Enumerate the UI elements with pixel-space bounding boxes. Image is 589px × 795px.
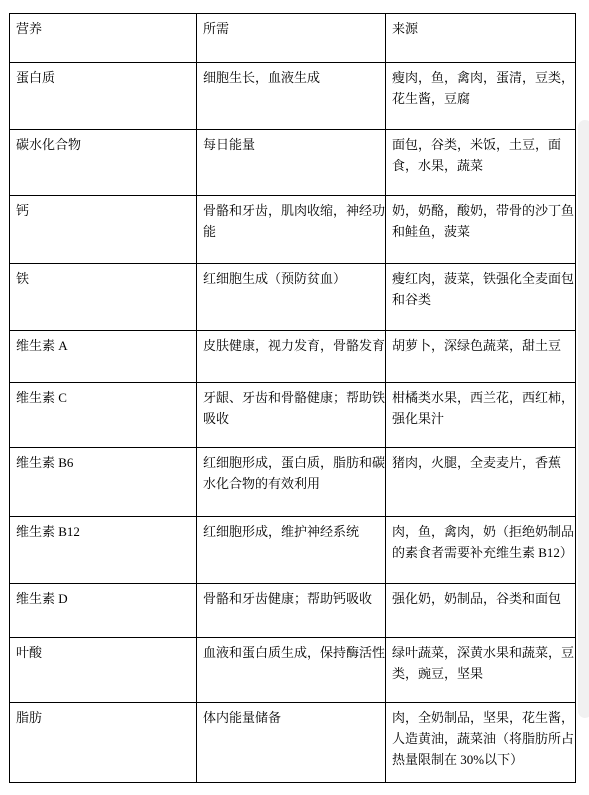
page: 营养 所需 来源 蛋白质 细胞生长，血液生成 瘦肉，鱼，禽肉，蛋清，豆类，花生酱… xyxy=(0,0,589,795)
cell-need: 牙龈、牙齿和骨骼健康；帮助铁吸收 xyxy=(197,383,386,448)
cell-nutrient: 维生素 B12 xyxy=(10,517,197,584)
cell-need: 红细胞形成，蛋白质，脂肪和碳水化合物的有效利用 xyxy=(197,448,386,517)
table-row: 碳水化合物 每日能量 面包，谷类，米饭，土豆，面食，水果，蔬菜 xyxy=(10,130,576,196)
cell-need: 细胞生长，血液生成 xyxy=(197,63,386,130)
scrollbar-thumb[interactable] xyxy=(578,120,589,718)
cell-source: 瘦肉，鱼，禽肉，蛋清，豆类，花生酱，豆腐 xyxy=(386,63,576,130)
cell-source: 绿叶蔬菜，深黄水果和蔬菜，豆类，豌豆，坚果 xyxy=(386,638,576,703)
table-row: 维生素 A 皮肤健康，视力发育，骨骼发育 胡萝卜，深绿色蔬菜，甜土豆 xyxy=(10,331,576,383)
cell-nutrient: 维生素 C xyxy=(10,383,197,448)
cell-need: 每日能量 xyxy=(197,130,386,196)
cell-nutrient: 维生素 A xyxy=(10,331,197,383)
table-row: 铁 红细胞生成（预防贫血） 瘦红肉，菠菜，铁强化全麦面包和谷类 xyxy=(10,264,576,331)
cell-need: 红细胞生成（预防贫血） xyxy=(197,264,386,331)
cell-source: 强化奶，奶制品，谷类和面包 xyxy=(386,584,576,638)
cell-source: 面包，谷类，米饭，土豆，面食，水果，蔬菜 xyxy=(386,130,576,196)
cell-source: 瘦红肉，菠菜，铁强化全麦面包和谷类 xyxy=(386,264,576,331)
cell-nutrient: 维生素 B6 xyxy=(10,448,197,517)
table-row: 脂肪 体内能量储备 肉，全奶制品，坚果，花生酱，人造黄油，蔬菜油（将脂肪所占热量… xyxy=(10,703,576,783)
header-nutrient: 营养 xyxy=(10,14,197,63)
cell-source: 猪肉，火腿，全麦麦片，香蕉 xyxy=(386,448,576,517)
cell-nutrient: 蛋白质 xyxy=(10,63,197,130)
table-row: 维生素 B12 红细胞形成，维护神经系统 肉，鱼，禽肉，奶（拒绝奶制品的素食者需… xyxy=(10,517,576,584)
nutrition-table: 营养 所需 来源 蛋白质 细胞生长，血液生成 瘦肉，鱼，禽肉，蛋清，豆类，花生酱… xyxy=(9,13,576,783)
cell-nutrient: 维生素 D xyxy=(10,584,197,638)
cell-source: 肉，全奶制品，坚果，花生酱，人造黄油，蔬菜油（将脂肪所占热量限制在 30%以下） xyxy=(386,703,576,783)
header-source: 来源 xyxy=(386,14,576,63)
header-need: 所需 xyxy=(197,14,386,63)
table-header-row: 营养 所需 来源 xyxy=(10,14,576,63)
cell-need: 皮肤健康，视力发育，骨骼发育 xyxy=(197,331,386,383)
table-row: 维生素 D 骨骼和牙齿健康；帮助钙吸收 强化奶，奶制品，谷类和面包 xyxy=(10,584,576,638)
cell-need: 红细胞形成，维护神经系统 xyxy=(197,517,386,584)
cell-source: 肉，鱼，禽肉，奶（拒绝奶制品的素食者需要补充维生素 B12） xyxy=(386,517,576,584)
table-row: 维生素 C 牙龈、牙齿和骨骼健康；帮助铁吸收 柑橘类水果，西兰花，西红柿，强化果… xyxy=(10,383,576,448)
cell-need: 骨骼和牙齿健康；帮助钙吸收 xyxy=(197,584,386,638)
cell-need: 骨骼和牙齿，肌肉收缩，神经功能 xyxy=(197,196,386,264)
cell-nutrient: 铁 xyxy=(10,264,197,331)
cell-need: 血液和蛋白质生成，保持酶活性 xyxy=(197,638,386,703)
table-row: 维生素 B6 红细胞形成，蛋白质，脂肪和碳水化合物的有效利用 猪肉，火腿，全麦麦… xyxy=(10,448,576,517)
cell-source: 奶，奶酪，酸奶，带骨的沙丁鱼和鲑鱼，菠菜 xyxy=(386,196,576,264)
table-row: 蛋白质 细胞生长，血液生成 瘦肉，鱼，禽肉，蛋清，豆类，花生酱，豆腐 xyxy=(10,63,576,130)
cell-nutrient: 碳水化合物 xyxy=(10,130,197,196)
table-row: 钙 骨骼和牙齿，肌肉收缩，神经功能 奶，奶酪，酸奶，带骨的沙丁鱼和鲑鱼，菠菜 xyxy=(10,196,576,264)
cell-source: 胡萝卜，深绿色蔬菜，甜土豆 xyxy=(386,331,576,383)
cell-nutrient: 叶酸 xyxy=(10,638,197,703)
cell-source: 柑橘类水果，西兰花，西红柿，强化果汁 xyxy=(386,383,576,448)
cell-need: 体内能量储备 xyxy=(197,703,386,783)
table-row: 叶酸 血液和蛋白质生成，保持酶活性 绿叶蔬菜，深黄水果和蔬菜，豆类，豌豆，坚果 xyxy=(10,638,576,703)
cell-nutrient: 钙 xyxy=(10,196,197,264)
cell-nutrient: 脂肪 xyxy=(10,703,197,783)
